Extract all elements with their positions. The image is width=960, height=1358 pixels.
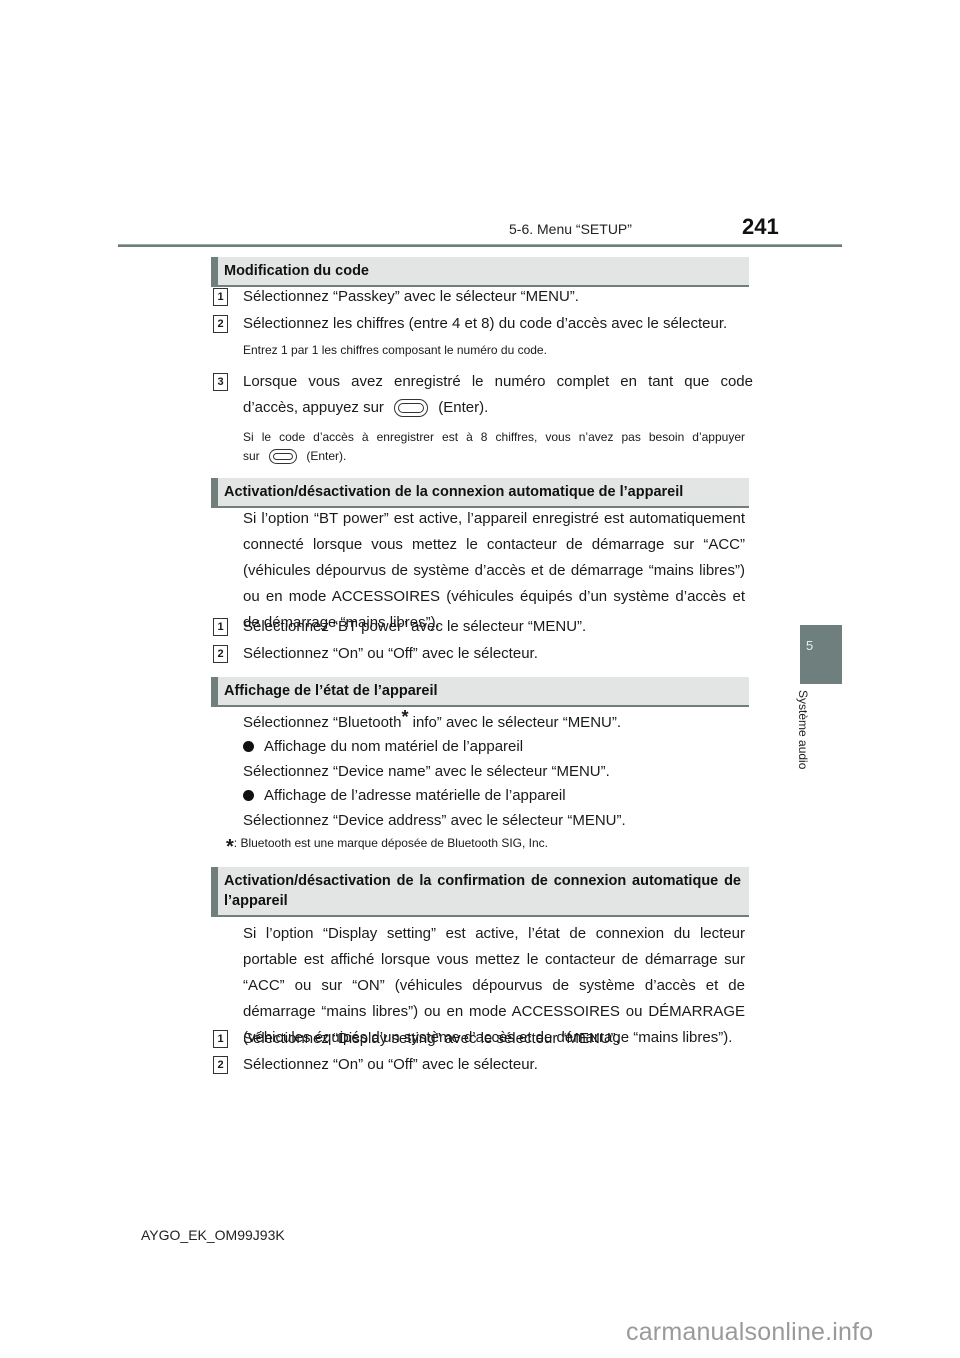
- chapter-tab: [800, 625, 842, 684]
- footnote-text: : Bluetooth est une marque déposée de Bl…: [234, 836, 548, 850]
- bullet-label: Affichage de l’adresse matérielle de l’a…: [264, 787, 566, 804]
- enter-button-icon: [394, 399, 428, 417]
- note-text-before: sur: [243, 449, 260, 463]
- watermark: carmanualsonline.info: [626, 1318, 873, 1347]
- step-2-note: Entrez 1 par 1 les chiffres composant le…: [243, 340, 745, 360]
- section-heading-device-status: Affichage de l’état de l’appareil: [211, 677, 749, 707]
- step-text: Sélectionnez les chiffres (entre 4 et 8)…: [243, 313, 753, 335]
- step-number-badge: 1: [213, 618, 228, 636]
- chapter-number: 5: [806, 638, 813, 653]
- step-text: Sélectionnez “BT power” avec le sélecteu…: [243, 616, 753, 638]
- bullet-label: Affichage du nom matériel de l’appareil: [264, 738, 523, 755]
- step-text: Sélectionnez “On” ou “Off” avec le sélec…: [243, 643, 753, 665]
- footnote-bluetooth: *: Bluetooth est une marque déposée de B…: [226, 836, 548, 859]
- document-code: AYGO_EK_OM99J93K: [141, 1227, 285, 1243]
- page-number: 241: [742, 214, 779, 240]
- section-intro-device-status: Sélectionnez “Bluetooth* info” avec le s…: [243, 710, 745, 736]
- header-divider: [118, 244, 842, 247]
- step-text: Sélectionnez “Display setting” avec le s…: [243, 1028, 753, 1050]
- step-text: Sélectionnez “On” ou “Off” avec le sélec…: [243, 1054, 753, 1076]
- section-heading-code-change: Modification du code: [211, 257, 749, 287]
- section-heading-auto-connect: Activation/désactivation de la connexion…: [211, 478, 749, 508]
- step-3-line2: d’accès, appuyez sur (Enter).: [243, 397, 745, 419]
- step-3-note-line2: sur (Enter).: [243, 446, 745, 466]
- step-number-badge: 1: [213, 1030, 228, 1048]
- chapter-label: Système audio: [796, 690, 810, 769]
- footnote-star: *: [226, 836, 234, 858]
- step-text-line1: Lorsque vous avez enregistré le numéro c…: [243, 371, 753, 393]
- bullet-device-name-detail: Sélectionnez “Device name” avec le sélec…: [243, 759, 745, 785]
- section-heading-connection-confirm: Activation/désactivation de la confirmat…: [211, 867, 749, 917]
- step-text: Sélectionnez “Passkey” avec le sélecteur…: [243, 286, 753, 308]
- step-number-badge: 1: [213, 288, 228, 306]
- step-number-badge: 2: [213, 315, 228, 333]
- intro-text-after: info” avec le sélecteur “MENU”.: [408, 714, 621, 731]
- enter-button-icon: [269, 449, 297, 464]
- bullet-icon: [243, 790, 254, 801]
- bullet-device-address-detail: Sélectionnez “Device address” avec le sé…: [243, 808, 745, 834]
- bullet-icon: [243, 741, 254, 752]
- chapter-label-container: Système audio: [792, 690, 812, 790]
- step-3-note-line1: Si le code d’accès à enregistrer est à 8…: [243, 427, 745, 447]
- bullet-device-name: Affichage du nom matériel de l’appareil: [243, 734, 745, 760]
- step-number-badge: 3: [213, 373, 228, 391]
- step-number-badge: 2: [213, 645, 228, 663]
- intro-text-before: Sélectionnez “Bluetooth: [243, 714, 401, 731]
- note-text-after: (Enter).: [306, 449, 346, 463]
- step-text-before: d’accès, appuyez sur: [243, 399, 384, 416]
- bullet-device-address: Affichage de l’adresse matérielle de l’a…: [243, 783, 745, 809]
- step-text-after: (Enter).: [438, 399, 488, 416]
- step-number-badge: 2: [213, 1056, 228, 1074]
- running-header-section: 5-6. Menu “SETUP”: [509, 221, 632, 237]
